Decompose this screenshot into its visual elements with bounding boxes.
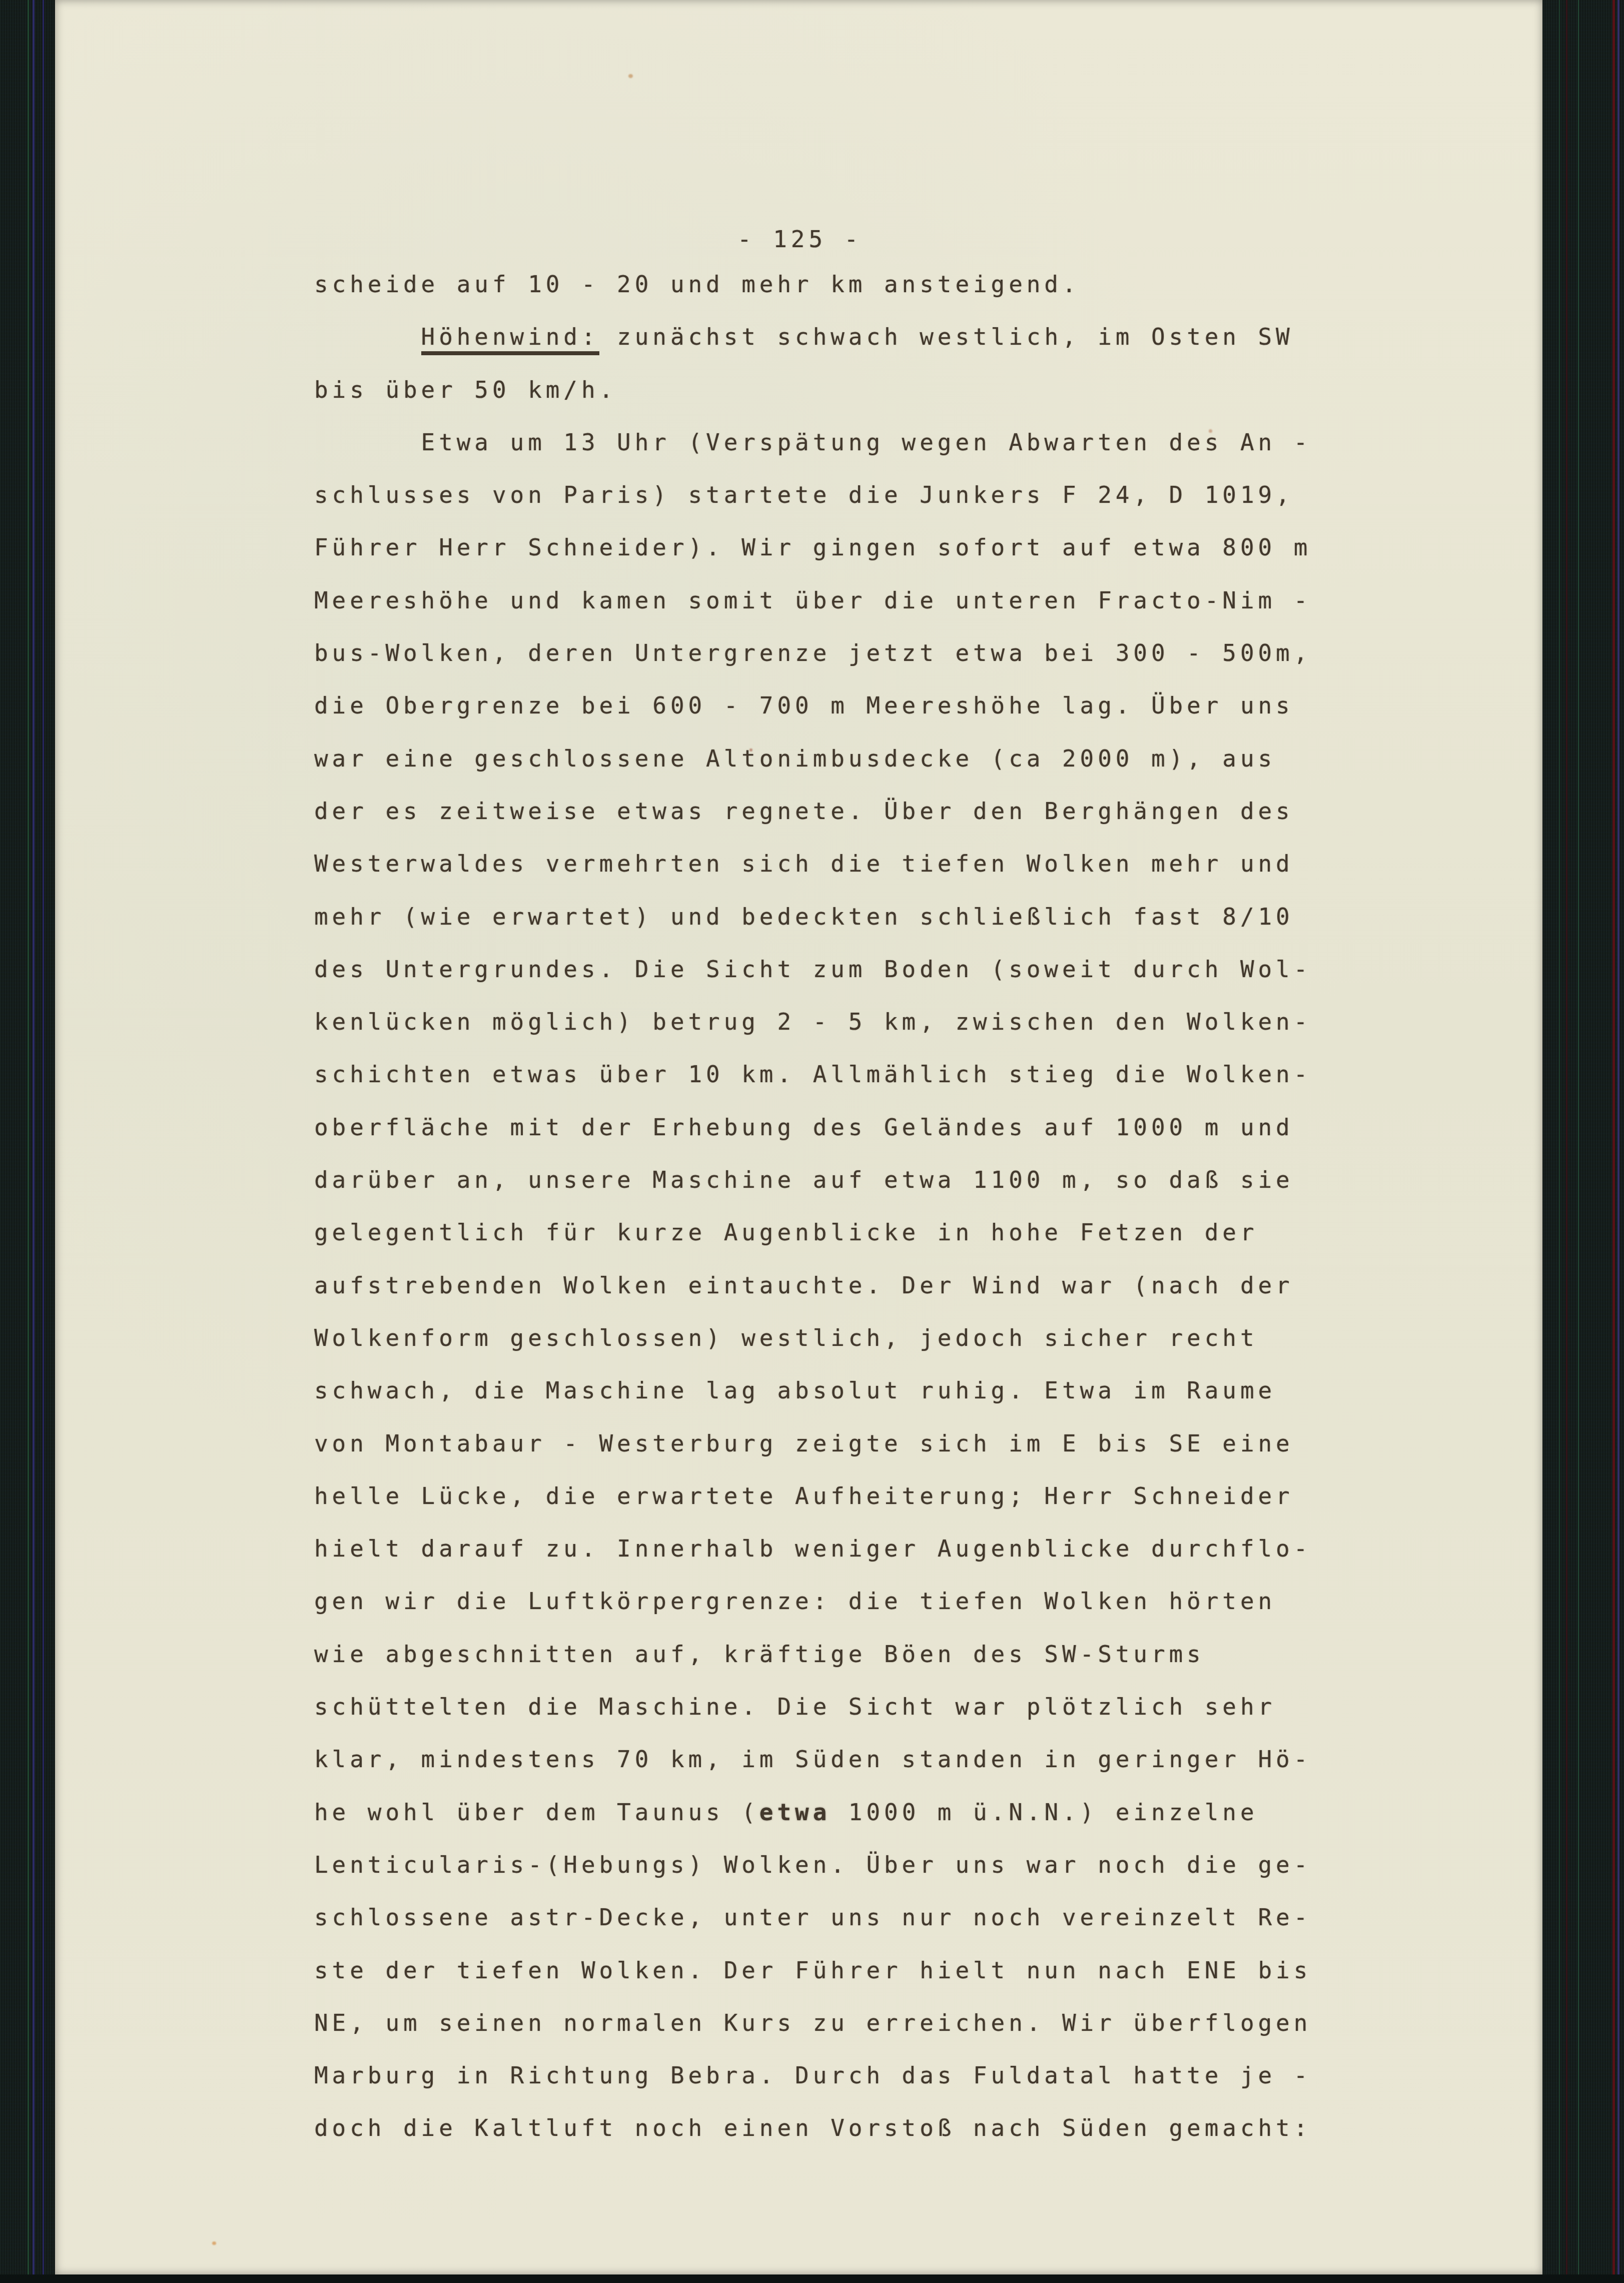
text-segment: Wolkenform geschlossen) westlich, jedoch…: [314, 1324, 1258, 1351]
binding-stripe-indigo2-left: [43, 0, 44, 2283]
text-segment: [314, 323, 421, 350]
text-segment: hielt darauf zu. Innerhalb weniger Augen…: [314, 1535, 1311, 1562]
text-line: des Untergrundes. Die Sicht zum Boden (s…: [314, 943, 1311, 996]
text-segment: schichten etwas über 10 km. Allmählich s…: [314, 1061, 1311, 1088]
text-line: Meereshöhe und kamen somit über die unte…: [314, 574, 1311, 627]
text-segment: mehr (wie erwartet) und bedeckten schlie…: [314, 903, 1294, 930]
text-line: oberfläche mit der Erhebung des Geländes…: [314, 1101, 1311, 1154]
text-segment: wie abgeschnitten auf, kräftige Böen des…: [314, 1641, 1205, 1668]
text-line: scheide auf 10 - 20 und mehr km ansteige…: [314, 258, 1311, 311]
text-segment: schlossene astr-Decke, unter uns nur noc…: [314, 1904, 1311, 1931]
text-line: ste der tiefen Wolken. Der Führer hielt …: [314, 1944, 1311, 1997]
text-line: Führer Herr Schneider). Wir gingen sofor…: [314, 521, 1311, 574]
text-line: Etwa um 13 Uhr (Verspätung wegen Abwarte…: [314, 416, 1311, 469]
text-line: schichten etwas über 10 km. Allmählich s…: [314, 1048, 1311, 1101]
text-segment: oberfläche mit der Erhebung des Geländes…: [314, 1114, 1294, 1141]
binding-stripe-violet-right: [1617, 0, 1619, 2283]
text-line: gelegentlich für kurze Augenblicke in ho…: [314, 1206, 1311, 1259]
text-line: NE, um seinen normalen Kurs zu erreichen…: [314, 1997, 1311, 2049]
text-segment: doch die Kaltluft noch einen Vorstoß nac…: [314, 2114, 1311, 2141]
text-segment: klar, mindestens 70 km, im Süden standen…: [314, 1746, 1311, 1773]
text-segment: scheide auf 10 - 20 und mehr km ansteige…: [314, 271, 1080, 298]
binding-stripe-green-right: [1559, 0, 1560, 2283]
text-segment: der es zeitweise etwas regnete. Über den…: [314, 798, 1294, 825]
text-line: klar, mindestens 70 km, im Süden standen…: [314, 1733, 1311, 1786]
scanned-document-page: - 125 - scheide auf 10 - 20 und mehr km …: [0, 0, 1624, 2283]
text-segment: Führer Herr Schneider). Wir gingen sofor…: [314, 534, 1311, 561]
text-line: von Montabaur - Westerburg zeigte sich i…: [314, 1417, 1311, 1470]
text-line: schlusses von Paris) startete die Junker…: [314, 469, 1311, 521]
binding-stripe-indigo-left: [33, 0, 35, 2283]
text-line: darüber an, unsere Maschine auf etwa 110…: [314, 1154, 1311, 1206]
text-segment: von Montabaur - Westerburg zeigte sich i…: [314, 1430, 1294, 1457]
typewritten-text: scheide auf 10 - 20 und mehr km ansteige…: [314, 258, 1311, 2155]
text-segment: Lenticularis-(Hebungs) Wolken. Über uns …: [314, 1851, 1311, 1878]
text-segment: helle Lücke, die erwartete Aufheiterung;…: [314, 1482, 1294, 1509]
paper-stain: [1209, 429, 1212, 433]
text-line: Marburg in Richtung Bebra. Durch das Ful…: [314, 2049, 1311, 2102]
text-line: schlossene astr-Decke, unter uns nur noc…: [314, 1891, 1311, 1944]
text-segment: zunächst schwach westlich, im Osten SW: [599, 323, 1294, 350]
text-segment: schwach, die Maschine lag absolut ruhig.…: [314, 1377, 1276, 1404]
text-segment: schlusses von Paris) startete die Junker…: [314, 481, 1294, 508]
text-line: kenlücken möglich) betrug 2 - 5 km, zwis…: [314, 996, 1311, 1048]
binding-stripe-darkred-right: [1566, 0, 1567, 2283]
text-line: helle Lücke, die erwartete Aufheiterung;…: [314, 1470, 1311, 1523]
text-line: Westerwaldes vermehrten sich die tiefen …: [314, 838, 1311, 890]
text-segment: Meereshöhe und kamen somit über die unte…: [314, 587, 1311, 614]
text-line: schwach, die Maschine lag absolut ruhig.…: [314, 1364, 1311, 1417]
text-segment: 1000 m ü.N.N.) einzelne: [831, 1799, 1258, 1826]
text-segment: des Untergrundes. Die Sicht zum Boden (s…: [314, 956, 1311, 983]
text-line: Höhenwind: zunächst schwach westlich, im…: [314, 311, 1311, 363]
text-line: wie abgeschnitten auf, kräftige Böen des…: [314, 1628, 1311, 1681]
binding-stripe-green2-right: [1578, 0, 1579, 2283]
text-segment: NE, um seinen normalen Kurs zu erreichen…: [314, 2009, 1311, 2036]
text-line: Wolkenform geschlossen) westlich, jedoch…: [314, 1312, 1311, 1364]
text-line: der es zeitweise etwas regnete. Über den…: [314, 785, 1311, 838]
text-line: schüttelten die Maschine. Die Sicht war …: [314, 1681, 1311, 1733]
text-segment: schüttelten die Maschine. Die Sicht war …: [314, 1693, 1276, 1720]
text-line: doch die Kaltluft noch einen Vorstoß nac…: [314, 2102, 1311, 2154]
text-segment: etwa: [759, 1799, 831, 1826]
binding-stripe-green-left: [28, 0, 29, 2283]
text-line: he wohl über dem Taunus (etwa 1000 m ü.N…: [314, 1786, 1311, 1839]
paper-stain: [212, 2241, 216, 2245]
text-segment: darüber an, unsere Maschine auf etwa 110…: [314, 1166, 1294, 1193]
paper-sheet: - 125 - scheide auf 10 - 20 und mehr km …: [55, 0, 1542, 2274]
text-segment: bus-Wolken, deren Untergrenze jetzt etwa…: [314, 639, 1311, 666]
text-segment: ste der tiefen Wolken. Der Führer hielt …: [314, 1957, 1311, 1984]
text-segment: Marburg in Richtung Bebra. Durch das Ful…: [314, 2062, 1311, 2089]
text-line: bus-Wolken, deren Untergrenze jetzt etwa…: [314, 627, 1311, 679]
text-segment: die Obergrenze bei 600 - 700 m Meereshöh…: [314, 692, 1294, 719]
text-segment: bis über 50 km/h.: [314, 376, 617, 403]
binding-stripe-red-right: [1612, 0, 1615, 2283]
text-segment: kenlücken möglich) betrug 2 - 5 km, zwis…: [314, 1008, 1311, 1035]
paper-stain: [749, 748, 752, 751]
text-line: bis über 50 km/h.: [314, 364, 1311, 416]
text-segment: Etwa um 13 Uhr (Verspätung wegen Abwarte…: [314, 429, 1311, 456]
text-line: Lenticularis-(Hebungs) Wolken. Über uns …: [314, 1839, 1311, 1891]
text-line: war eine geschlossene Altonimbusdecke (c…: [314, 732, 1311, 785]
text-line: die Obergrenze bei 600 - 700 m Meereshöh…: [314, 679, 1311, 732]
text-line: hielt darauf zu. Innerhalb weniger Augen…: [314, 1523, 1311, 1575]
text-segment: he wohl über dem Taunus (: [314, 1799, 759, 1826]
scan-border-bottom: [0, 2274, 1624, 2283]
text-segment: Westerwaldes vermehrten sich die tiefen …: [314, 850, 1294, 877]
text-line: aufstrebenden Wolken eintauchte. Der Win…: [314, 1259, 1311, 1312]
paper-stain: [628, 74, 633, 78]
text-segment: war eine geschlossene Altonimbusdecke (c…: [314, 745, 1276, 772]
underlined-heading: Höhenwind:: [421, 323, 599, 355]
text-segment: gelegentlich für kurze Augenblicke in ho…: [314, 1219, 1258, 1246]
text-line: gen wir die Luftkörpergrenze: die tiefen…: [314, 1575, 1311, 1628]
text-segment: gen wir die Luftkörpergrenze: die tiefen…: [314, 1588, 1276, 1615]
text-segment: aufstrebenden Wolken eintauchte. Der Win…: [314, 1272, 1294, 1299]
text-line: mehr (wie erwartet) und bedeckten schlie…: [314, 891, 1311, 943]
